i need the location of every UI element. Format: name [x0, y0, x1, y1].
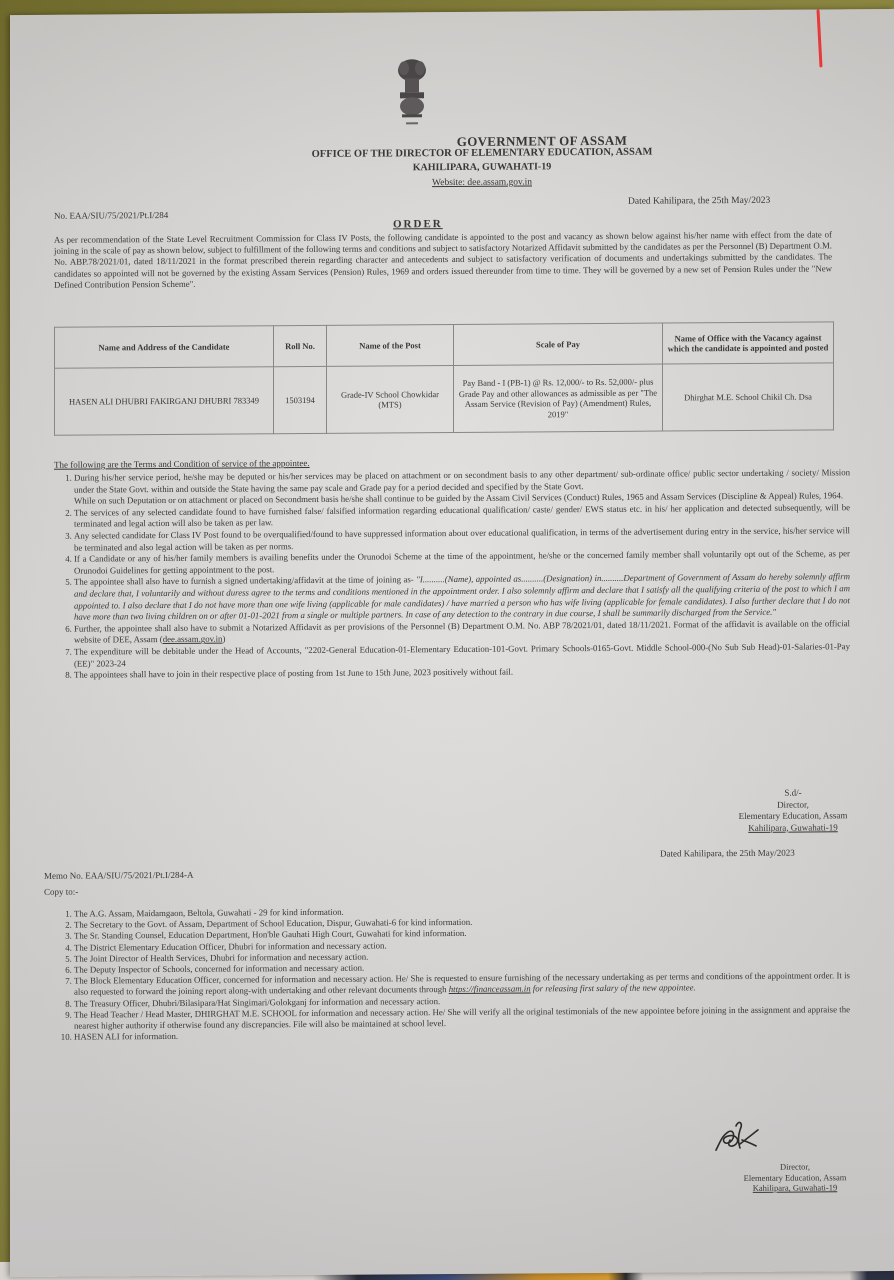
copy-text: The Sr. Standing Counsel, Education Depa…	[74, 928, 467, 941]
document-page: GOVERNMENT OF ASSAM OFFICE OF THE DIRECT…	[10, 9, 894, 1277]
state-emblem-icon	[388, 56, 436, 128]
col-office: Name of Office with the Vacancy against …	[663, 322, 834, 364]
memo-date: Dated Kahilipara, the 25th May/2023	[660, 848, 795, 859]
term-item: The appointee shall also have to furnish…	[74, 572, 850, 624]
table-row: HASEN ALI DHUBRI FAKIRGANJ DHUBRI 783349…	[55, 363, 834, 435]
term-text: The expenditure will be debitable under …	[74, 641, 850, 668]
finance-portal-link[interactable]: https://financeassam.in	[449, 984, 531, 995]
copy-text: HASEN ALI for information.	[74, 1031, 178, 1042]
order-date: Dated Kahilipara, the 25th May/2023	[628, 196, 770, 207]
copy-to-label: Copy to:-	[44, 887, 78, 897]
cell-office: Dhirghat M.E. School Chikil Ch. Dsa	[663, 363, 834, 431]
cell-scale-of-pay: Pay Band - I (PB-1) @ Rs. 12,000/- to Rs…	[454, 364, 663, 432]
signatory-place: Kahilipara, Guwahati-19	[730, 1182, 860, 1193]
copy-text: The Deputy Inspector of Schools, concern…	[74, 963, 364, 975]
col-post: Name of the Post	[327, 324, 454, 366]
term-text: During his/her service period, he/she ma…	[74, 467, 850, 494]
dee-website-link[interactable]: dee.assam.gov.in	[163, 634, 223, 644]
col-name-address: Name and Address of the Candidate	[55, 326, 274, 369]
terms-list: During his/her service period, he/she ma…	[54, 467, 850, 681]
signatory-block-2: Director, Elementary Education, Assam Ka…	[730, 1161, 860, 1193]
signatory-block-1: S.d/- Director, Elementary Education, As…	[718, 787, 868, 834]
col-roll-no: Roll No.	[274, 325, 327, 366]
order-title: ORDER	[393, 218, 443, 230]
order-reference-number: No. EAA/SIU/75/2021/Pt.I/284	[54, 210, 168, 221]
term-text: )	[222, 634, 225, 644]
copy-text: The District Elementary Education Office…	[74, 940, 387, 952]
copy-text: The Joint Director of Health Services, D…	[74, 951, 368, 963]
table-header-row: Name and Address of the Candidate Roll N…	[55, 322, 834, 368]
website-link[interactable]: Website: dee.assam.gov.in	[40, 175, 894, 191]
order-intro-paragraph: As per recommendation of the State Level…	[54, 229, 832, 290]
term-text: The services of any selected candidate f…	[74, 502, 850, 529]
copy-to-list: The A.G. Assam, Maidamgaon, Beltola, Guw…	[54, 903, 850, 1043]
terms-heading: The following are the Terms and Conditio…	[54, 458, 310, 470]
handwritten-signature-icon	[710, 1118, 770, 1154]
red-pen-mark	[816, 9, 822, 67]
term-item: During his/her service period, he/she ma…	[74, 467, 850, 507]
cell-name-address: HASEN ALI DHUBRI FAKIRGANJ DHUBRI 783349	[55, 367, 274, 436]
term-text: Any selected candidate for Class IV Post…	[74, 525, 850, 552]
signatory-department: Elementary Education, Assam	[730, 1172, 860, 1183]
copy-text: The A.G. Assam, Maidamgaon, Beltola, Guw…	[74, 907, 344, 919]
candidate-table: Name and Address of the Candidate Roll N…	[54, 321, 834, 435]
signatory-department: Elementary Education, Assam	[718, 810, 868, 823]
term-text: If a Candidate or any of his/her family …	[74, 548, 850, 575]
term-text: The appointees shall have to join in the…	[74, 667, 513, 680]
office-address: KAHILIPARA, GUWAHATI-19	[40, 159, 894, 176]
cell-roll-no: 1503194	[274, 366, 327, 433]
copy-text: for releasing first salary of the new ap…	[531, 983, 696, 994]
memo-number: Memo No. EAA/SIU/75/2021/Pt.I/284-A	[44, 870, 194, 881]
signatory-place: Kahilipara, Guwahati-19	[718, 822, 868, 835]
cell-post: Grade-IV School Chowkidar (MTS)	[327, 365, 454, 433]
col-scale-of-pay: Scale of Pay	[454, 323, 663, 365]
term-text: The appointee shall also have to furnish…	[74, 575, 416, 587]
